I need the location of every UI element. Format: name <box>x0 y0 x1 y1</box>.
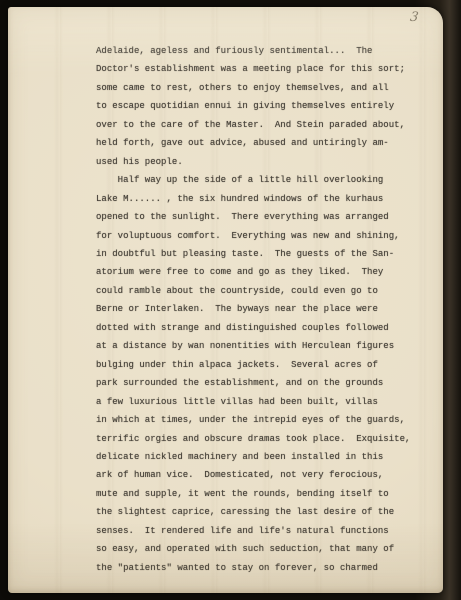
photo-background: 3 Adelaide, ageless and furiously sentim… <box>0 0 461 600</box>
handwritten-page-number: 3 <box>409 10 419 26</box>
manuscript-page: 3 Adelaide, ageless and furiously sentim… <box>8 7 443 593</box>
typewritten-text: Adelaide, ageless and furiously sentimen… <box>96 42 410 577</box>
